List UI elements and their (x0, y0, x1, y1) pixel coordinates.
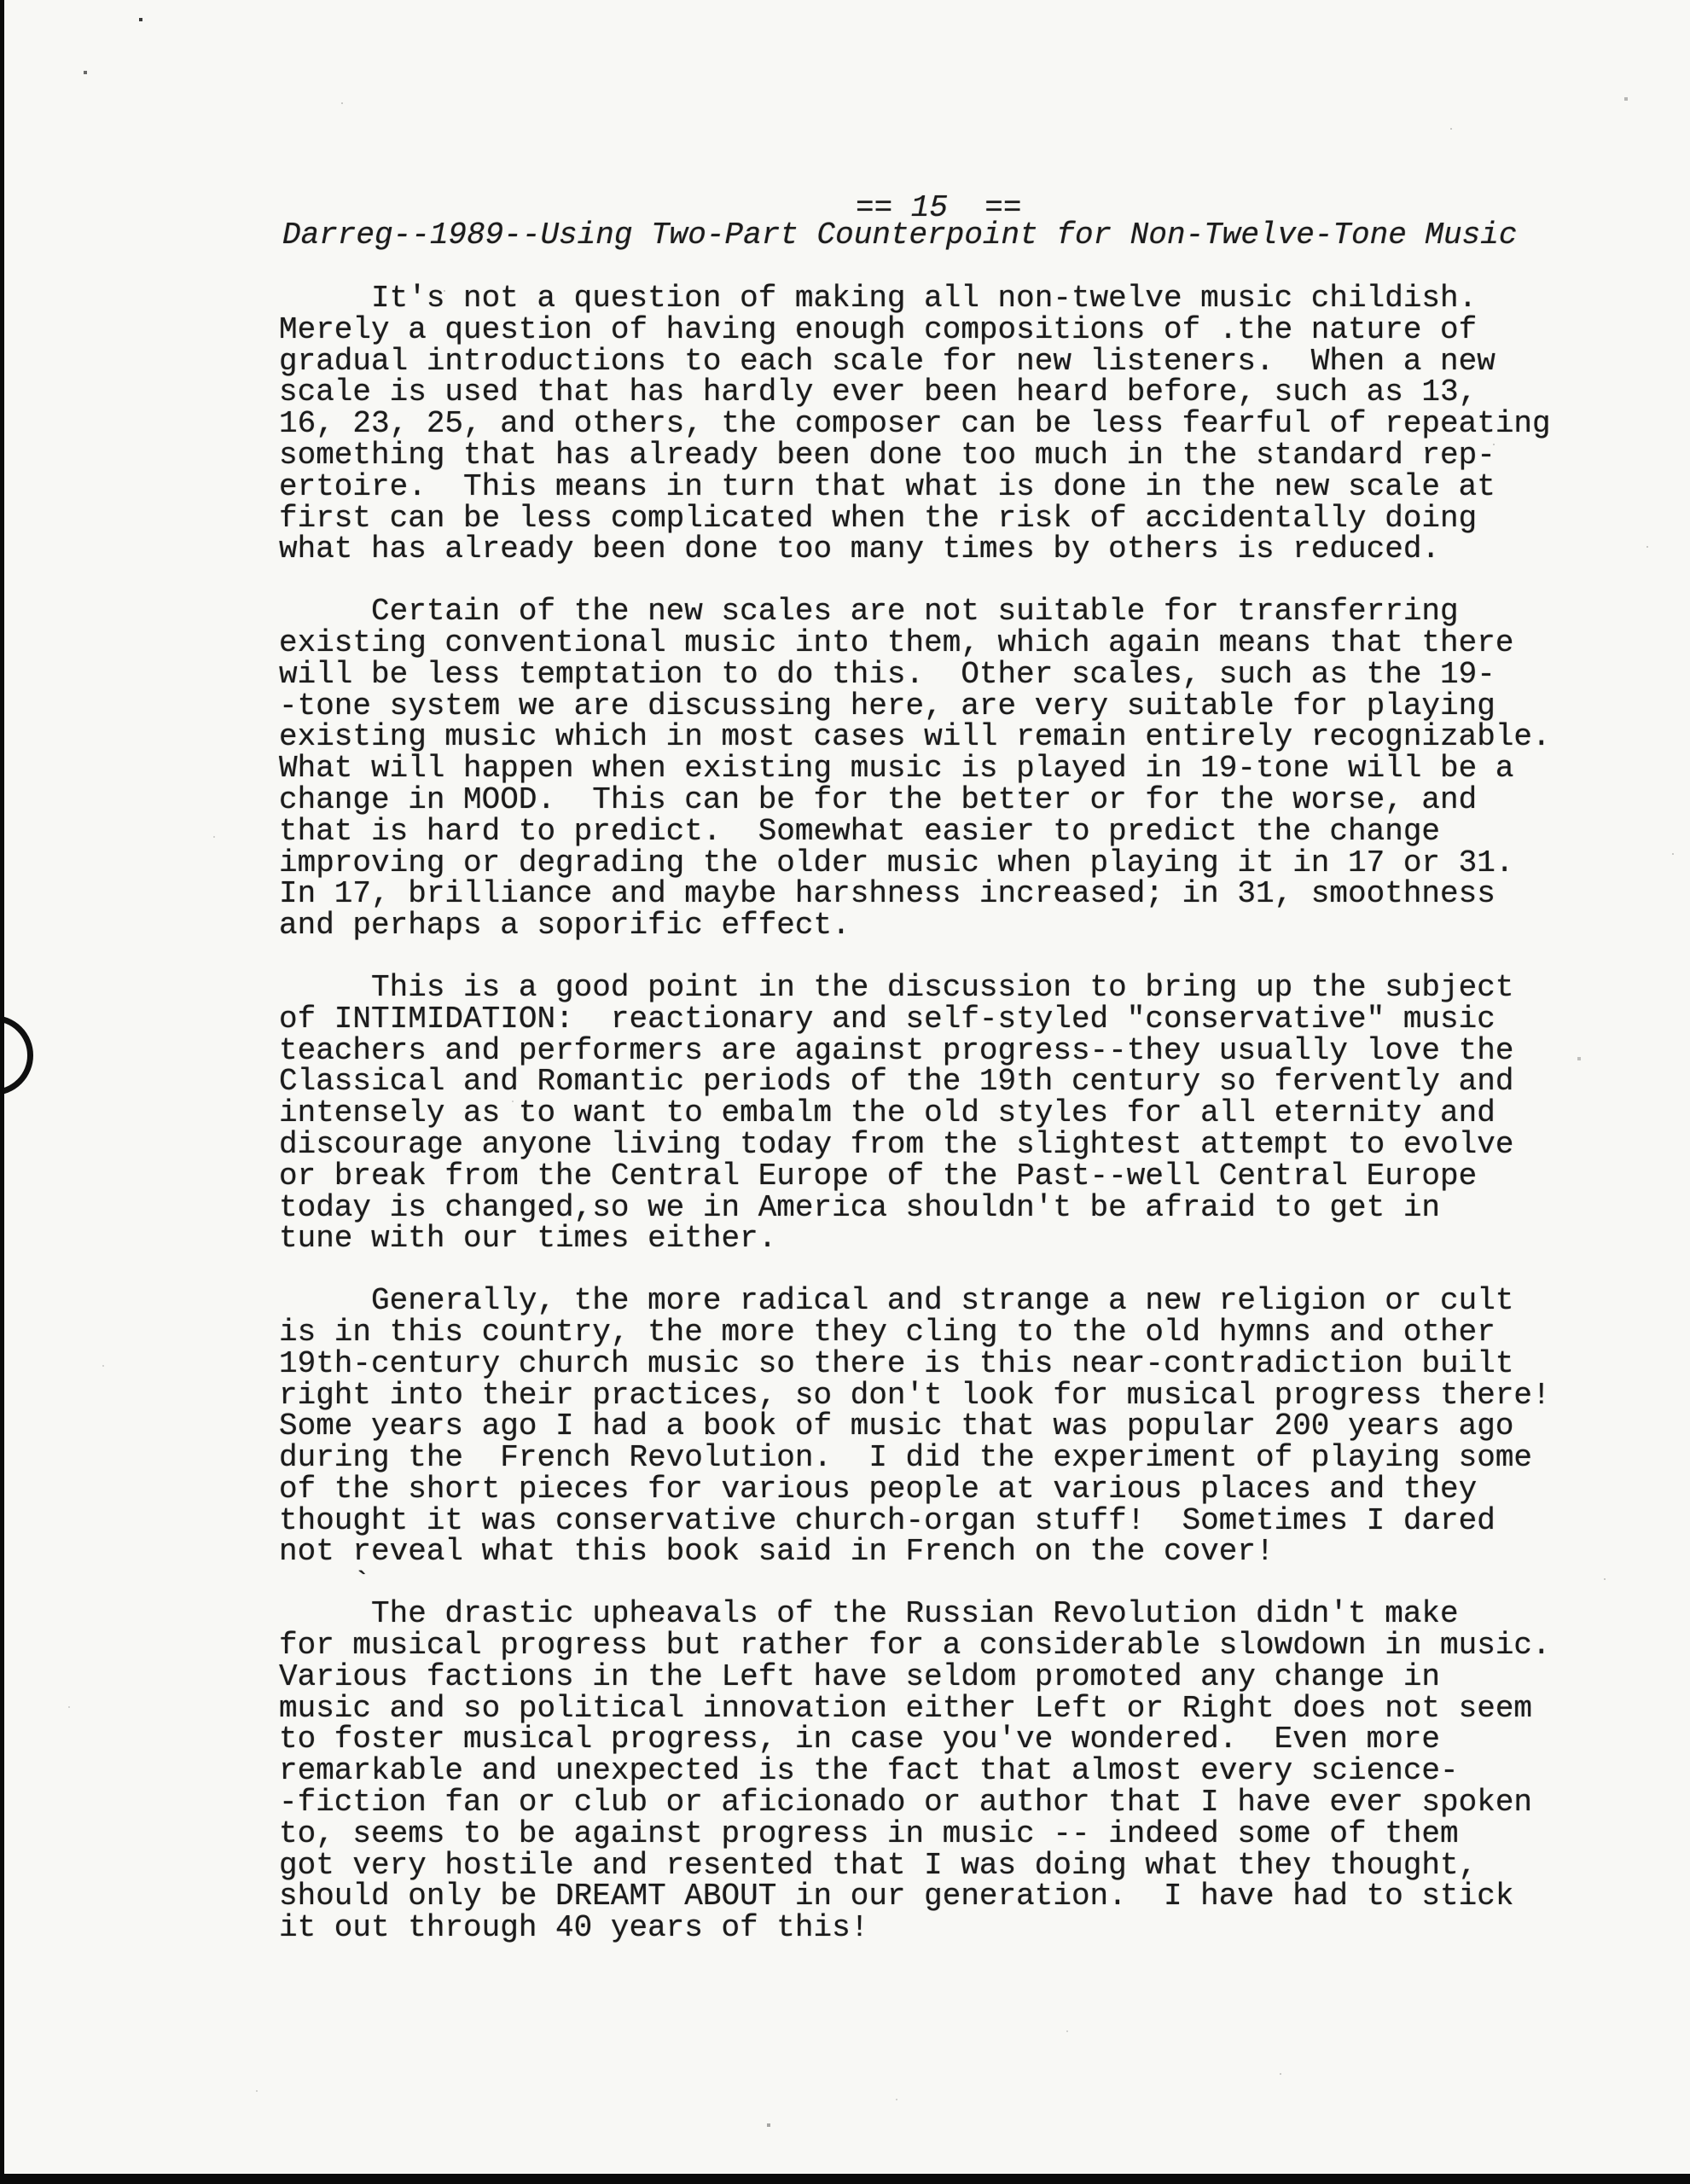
document-title: Darreg--1989--Using Two-Part Counterpoin… (282, 218, 1517, 253)
punch-hole-mark (0, 1015, 33, 1095)
stray-tick-mark: ` (353, 1570, 370, 1599)
bottom-edge-scan-bar (0, 2174, 1690, 2184)
paragraph: This is a good point in the discussion t… (279, 973, 1551, 1255)
paragraph: Generally, the more radical and strange … (279, 1286, 1551, 1568)
paragraph: The drastic upheavals of the Russian Rev… (279, 1599, 1551, 1944)
paragraph: It's not a question of making all non-tw… (279, 283, 1551, 566)
page-sheet: == 15 == Darreg--1989--Using Two-Part Co… (0, 0, 1690, 2184)
left-edge-scan-bar (0, 0, 4, 2184)
paragraph: Certain of the new scales are not suitab… (279, 596, 1551, 942)
document-body: It's not a question of making all non-tw… (279, 283, 1551, 1975)
